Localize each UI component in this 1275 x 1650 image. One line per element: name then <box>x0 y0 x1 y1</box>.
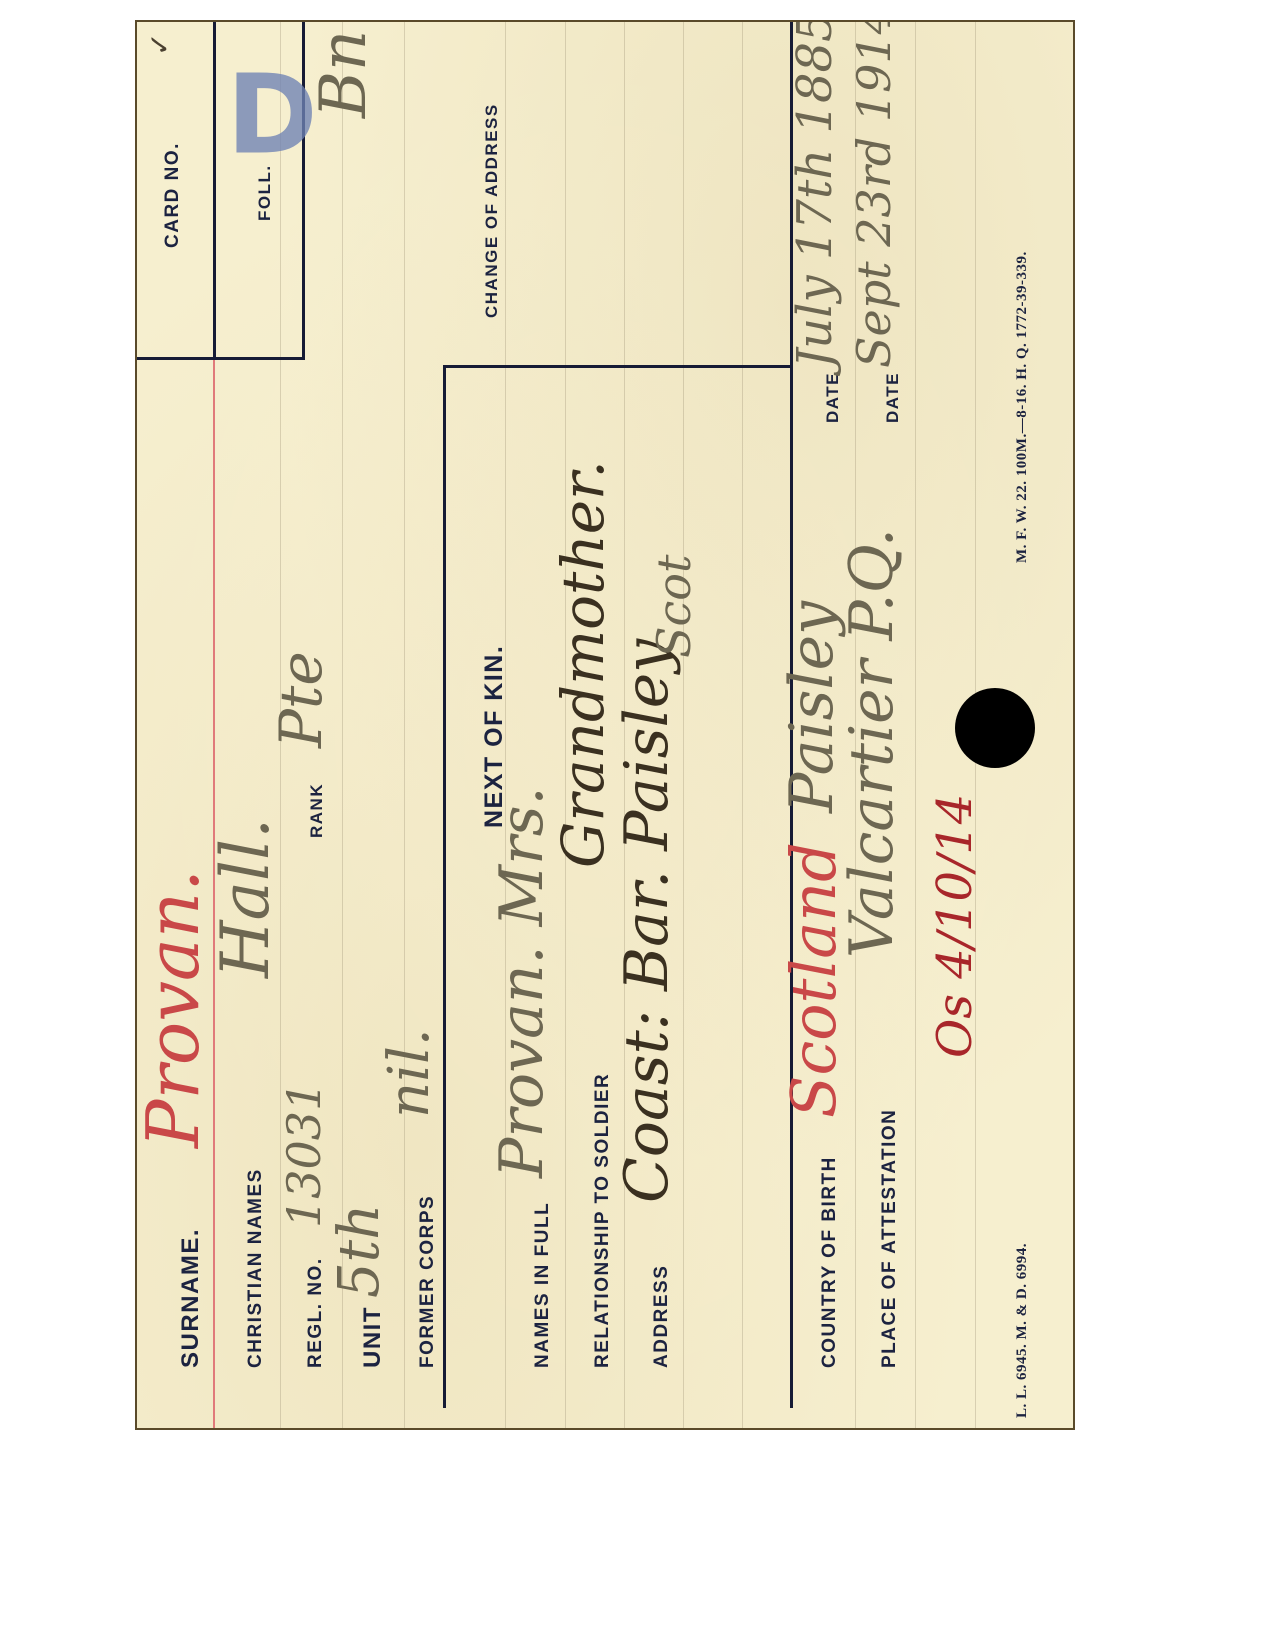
former-corps-value: nil. <box>377 1028 442 1118</box>
section-divider-next-of-kin <box>443 368 446 1408</box>
ruled-line <box>404 22 405 1428</box>
address-label: ADDRESS <box>651 1265 673 1368</box>
relationship-value: Grandmother. <box>549 460 617 868</box>
unit-value: 5th <box>327 1204 392 1298</box>
rank-label: RANK <box>307 783 327 838</box>
surname-value: Provan. <box>135 869 215 1148</box>
foll-value: Bn <box>307 30 381 118</box>
ruled-line <box>683 22 684 1428</box>
print-code-left: L. L. 6945. M. & D. 6994. <box>1014 1243 1031 1418</box>
relationship-label: RELATIONSHIP TO SOLDIER <box>592 1073 614 1368</box>
card-no-box-left <box>137 357 305 360</box>
place-of-attestation-value: Valcartier P.Q. <box>837 528 907 958</box>
unit-label: UNIT <box>359 1306 387 1368</box>
stamp-letter: D <box>226 59 317 169</box>
former-corps-label: FORMER CORPS <box>417 1195 439 1368</box>
place-of-attestation-label: PLACE OF ATTESTATION <box>879 1109 901 1368</box>
regl-no-label: REGL. NO. <box>305 1257 327 1368</box>
address-value-line-2: Scot <box>647 555 701 658</box>
check-mark: ✓ <box>143 33 176 56</box>
regl-no-value: 13031 <box>277 1082 331 1228</box>
country-of-birth-label: COUNTRY OF BIRTH <box>819 1156 841 1368</box>
names-in-full-label: NAMES IN FULL <box>532 1202 554 1368</box>
rank-value: Pte <box>267 651 335 748</box>
christian-names-value: Hall. <box>207 818 284 978</box>
names-in-full-value: Provan. Mrs. <box>487 786 557 1178</box>
change-of-address-box-left <box>443 365 790 368</box>
birth-date-value: July 17th 1885. <box>787 20 843 368</box>
medal-index-card: ✓ CARD NO. FOLL. D Bn SURNAME. Provan. C… <box>135 20 1075 1430</box>
attestation-date-value: Sept 23rd 1914 <box>847 20 901 368</box>
christian-names-label: CHRISTIAN NAMES <box>245 1168 267 1368</box>
print-code-right: M. F. W. 22. 100M.—8-16. H. Q. 1772-39-3… <box>1014 251 1031 563</box>
card-frame: ✓ CARD NO. FOLL. D Bn SURNAME. Provan. C… <box>135 20 1075 1430</box>
ruled-line <box>915 22 916 1428</box>
birth-date-label: DATE <box>823 372 843 423</box>
annotation: Os 4/10/14 <box>927 794 983 1058</box>
address-value: Coast: Bar. Paisley <box>612 639 682 1203</box>
punch-hole <box>955 688 1035 768</box>
surname-label: SURNAME. <box>177 1228 205 1368</box>
attestation-date-label: DATE <box>883 372 903 423</box>
card-no-label: CARD NO. <box>162 142 184 248</box>
ruled-line <box>742 22 743 1428</box>
card-no-box-divider <box>213 20 216 360</box>
change-of-address-label: CHANGE OF ADDRESS <box>482 103 502 318</box>
